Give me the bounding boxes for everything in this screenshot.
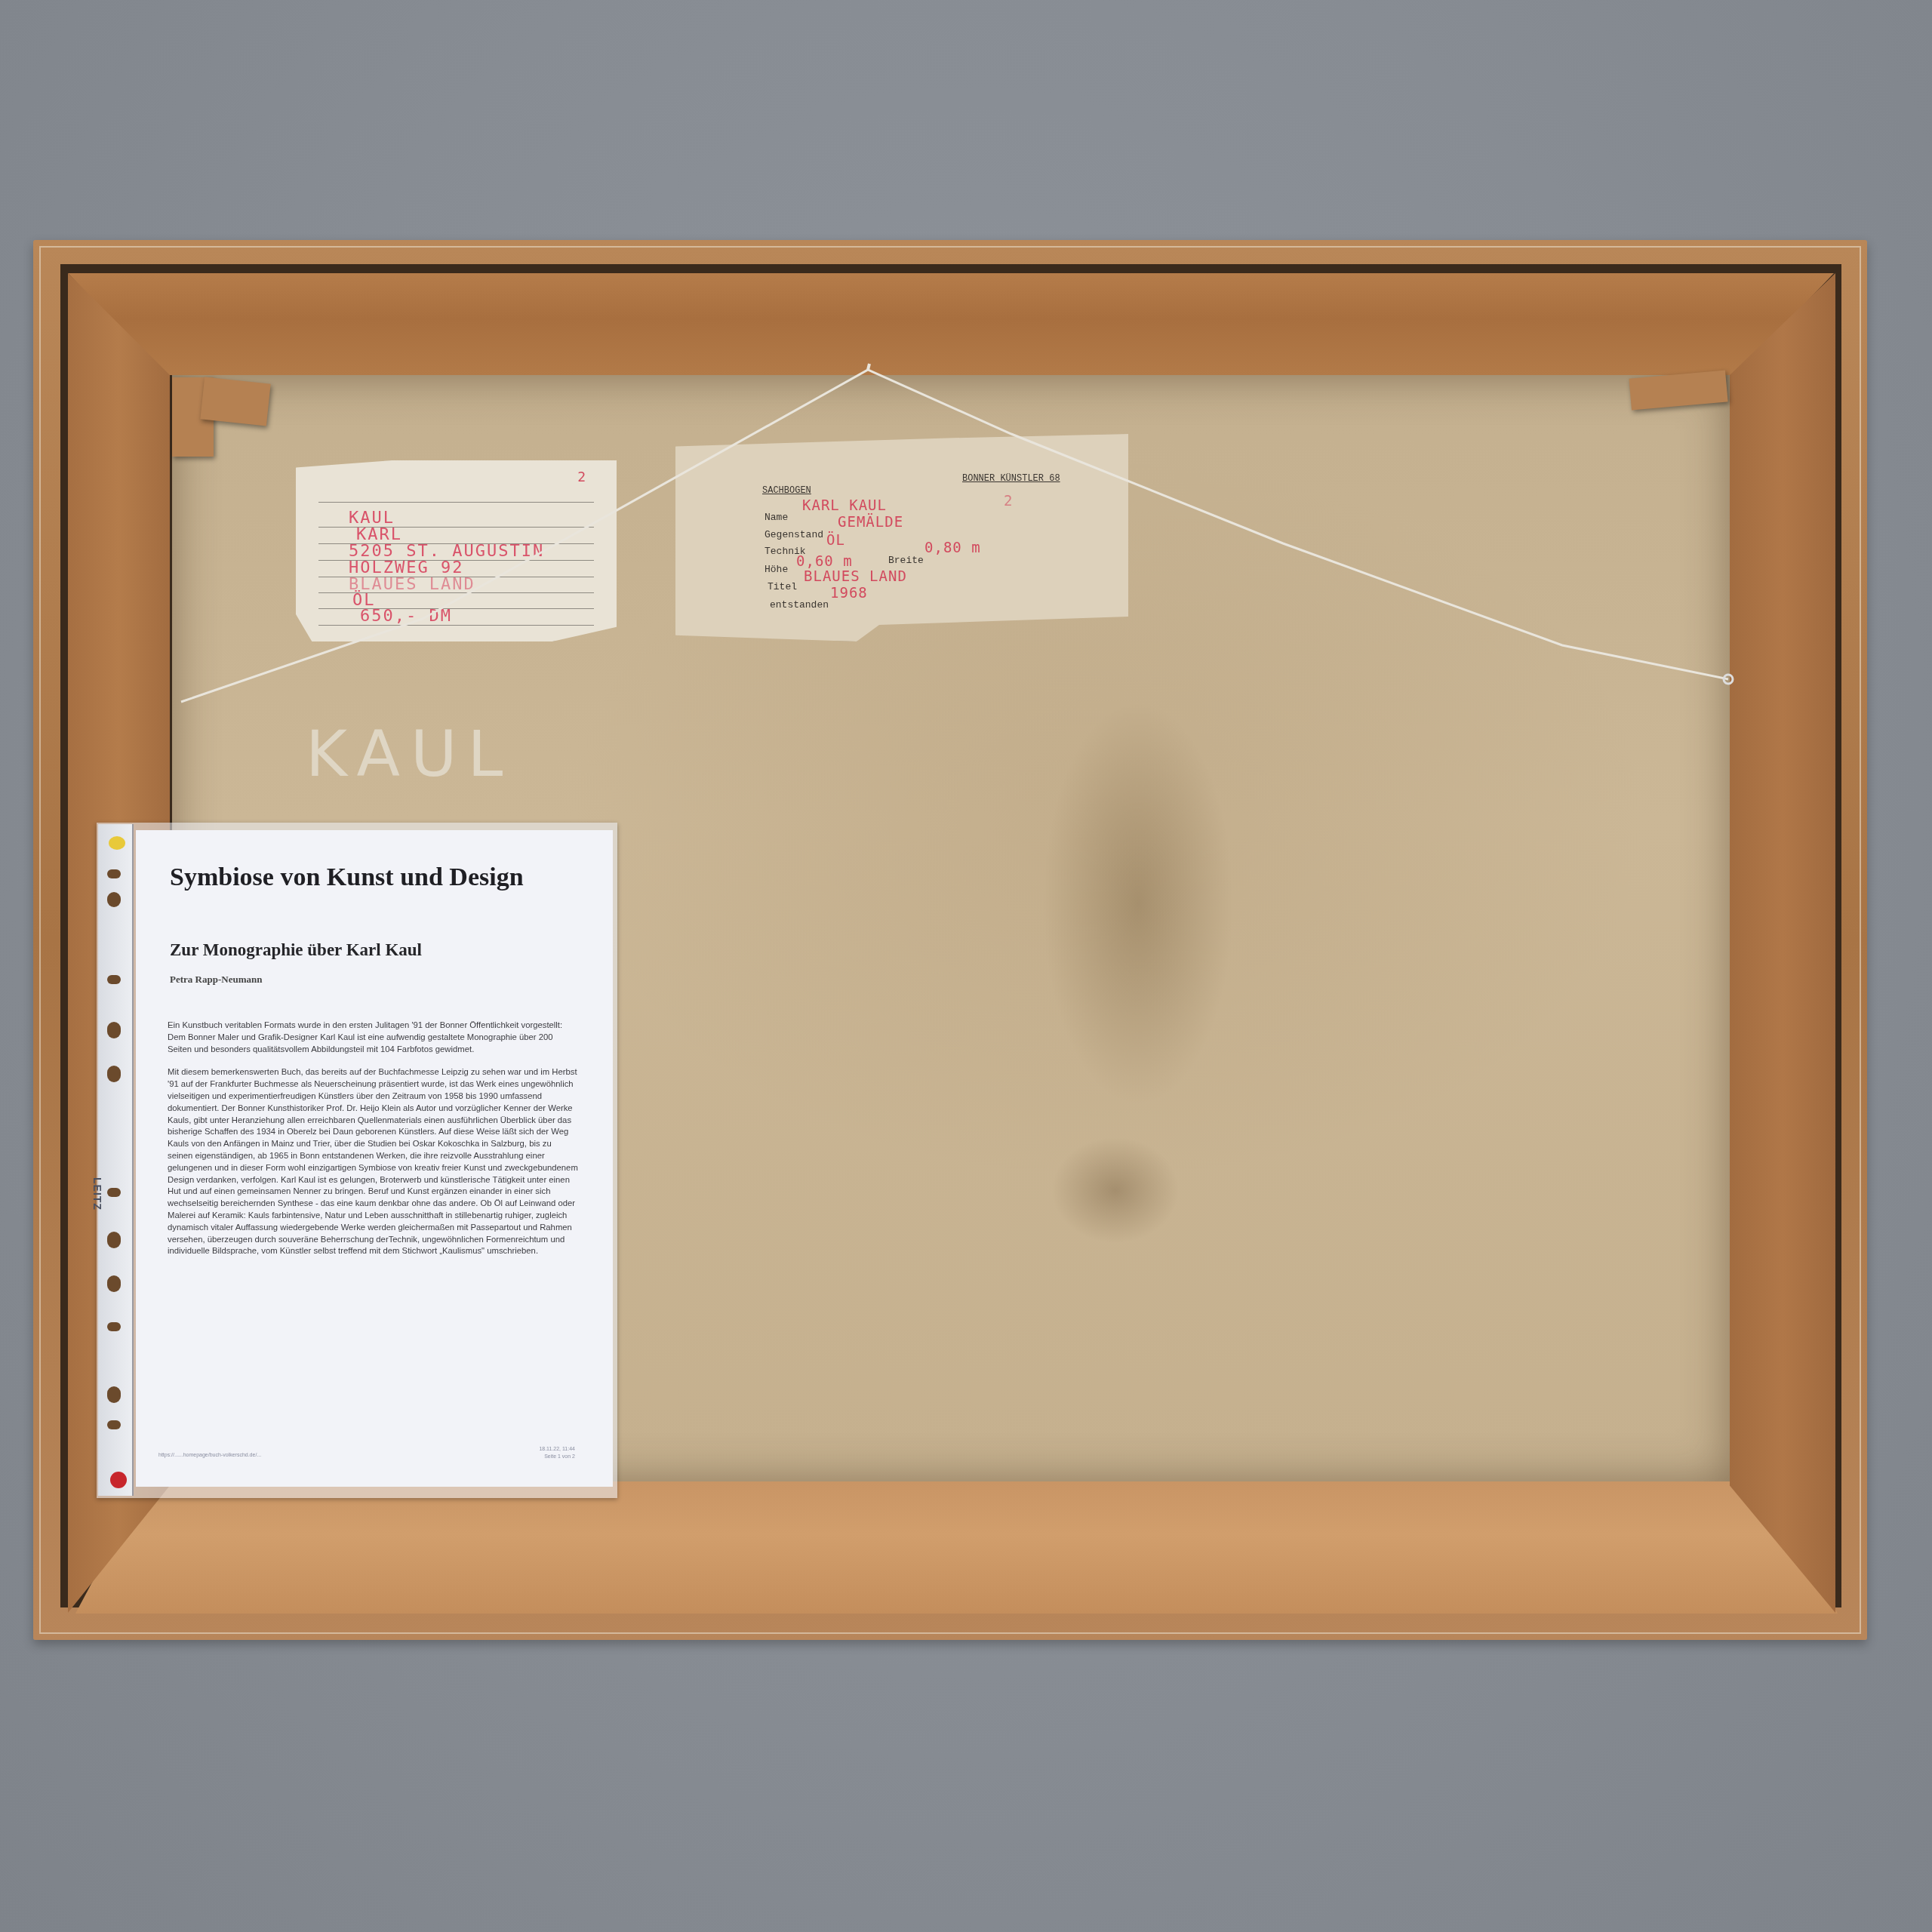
punch-hole [107, 1066, 121, 1082]
article-title: Symbiose von Kunst und Design [170, 862, 562, 894]
article-subtitle: Zur Monographie über Karl Kaul [170, 940, 422, 960]
article-footer-date: 18.11.22, 11:44 [539, 1446, 575, 1454]
punch-hole [107, 1420, 121, 1429]
punch-hole [107, 1322, 121, 1331]
article-paragraph-1: Ein Kunstbuch veritablen Formats wurde i… [168, 1020, 579, 1056]
article-document: Symbiose von Kunst und Design Zur Monogr… [136, 830, 613, 1487]
punch-hole [107, 1386, 121, 1403]
article-author: Petra Rapp-Neumann [170, 974, 262, 986]
article-paragraph-2: Mit diesem bemerkenswerten Buch, das ber… [168, 1067, 579, 1258]
punch-hole [107, 1232, 121, 1248]
punch-hole [107, 1022, 121, 1038]
punch-hole [107, 869, 121, 878]
article-footer-url: https://......homepage/buch-volkerschd.d… [158, 1453, 261, 1458]
article-body: Ein Kunstbuch veritablen Formats wurde i… [168, 1020, 579, 1269]
article-footer-page: Seite 1 von 2 [539, 1454, 575, 1461]
punch-hole [107, 1275, 121, 1292]
red-pin-icon [110, 1472, 127, 1488]
punch-hole [107, 892, 121, 907]
leitz-brand-text: LEITZ [91, 1177, 103, 1211]
punch-hole [107, 1188, 121, 1197]
article-footer-meta: 18.11.22, 11:44 Seite 1 von 2 [539, 1446, 575, 1461]
sleeve-punched-strip [98, 824, 134, 1496]
yellow-pin-icon [109, 836, 125, 850]
punch-hole [107, 975, 121, 984]
